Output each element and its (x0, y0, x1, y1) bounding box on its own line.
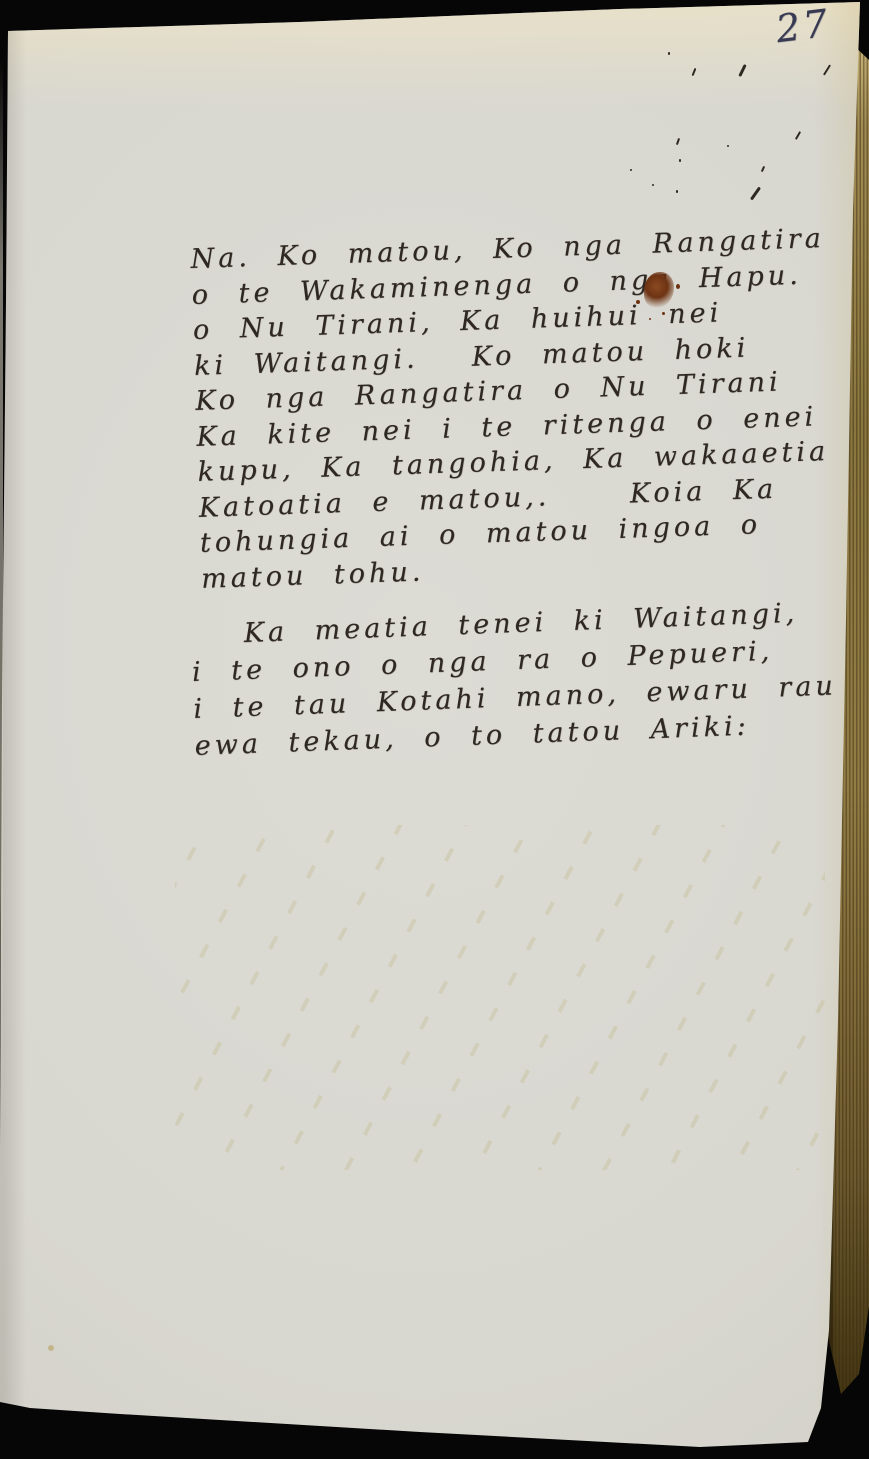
manuscript-photo: 27 Na. Ko matou, Ko nga Rangatira o te W… (0, 0, 869, 1459)
page-number: 27 (774, 1, 833, 51)
stain-spot (48, 1345, 54, 1351)
handwritten-paragraph-1: Na. Ko matou, Ko nga Rangatira o te Waka… (190, 220, 869, 597)
handwritten-paragraph-2: Ka meatia tenei ki Waitangi, i te ono o … (190, 593, 863, 765)
ink-blot-dot (676, 284, 680, 289)
ink-showthrough (175, 825, 825, 1170)
ink-speck (727, 145, 729, 147)
ink-speck (679, 159, 681, 162)
ink-blot-dot (649, 318, 651, 320)
ink-speck (630, 169, 632, 171)
ink-speck (676, 190, 678, 193)
ink-blot-dot (662, 312, 665, 315)
ink-speck (652, 184, 654, 186)
ink-speck (668, 52, 670, 55)
ink-blot-dot (636, 300, 640, 304)
left-page-edge-sliver (0, 60, 3, 1100)
